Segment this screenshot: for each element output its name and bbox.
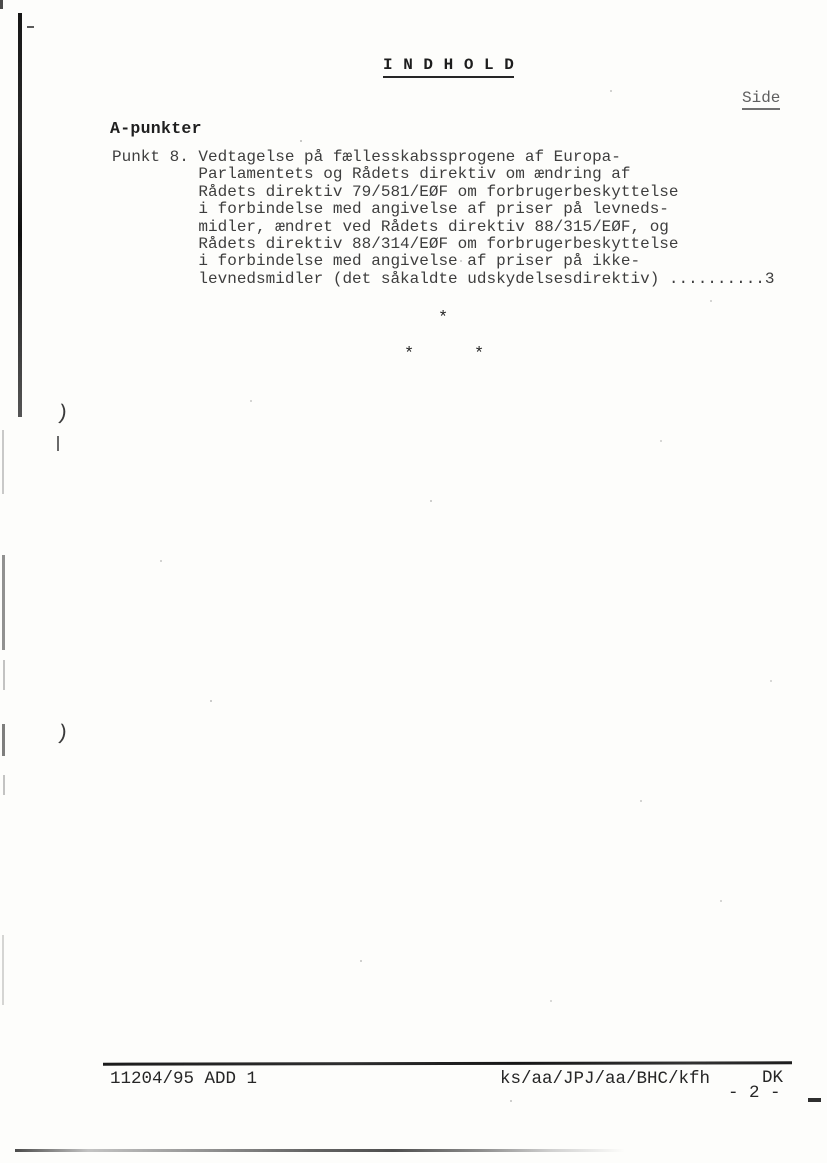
- footer-drafting-initials: ks/aa/JPJ/aa/BHC/kfh: [500, 1069, 710, 1089]
- scan-bottom-right-speck: [808, 1098, 821, 1102]
- scan-bottom-streak: [15, 1149, 625, 1152]
- scanned-document-page: I N D H O L D Side A-punkter Punkt 8. Ve…: [0, 0, 827, 1163]
- scan-margin-tick: [57, 436, 59, 451]
- section-heading-a-punkter: A-punkter: [110, 119, 202, 138]
- scan-binding-line: [18, 13, 22, 417]
- scan-edge-artifact: [3, 775, 5, 795]
- scan-corner-speck: [0, 0, 3, 9]
- scan-edge-artifact: [2, 935, 4, 1005]
- scan-edge-artifact: [2, 724, 5, 756]
- toc-entry-punkt-8: Punkt 8. Vedtagelse på fællesskabssproge…: [112, 149, 775, 288]
- margin-mark-parenthesis: ): [55, 723, 70, 746]
- scan-speck-dash: [27, 26, 34, 28]
- footer-page-number: - 2 -: [728, 1083, 781, 1103]
- scan-edge-artifact: [3, 660, 5, 690]
- footer-divider-rule: [103, 1061, 792, 1065]
- scan-edge-artifact: [2, 430, 4, 494]
- separator-star-left: *: [404, 345, 414, 364]
- scan-noise-dots: [300, 140, 302, 142]
- separator-star-right: *: [474, 345, 484, 364]
- separator-star-top: *: [438, 309, 448, 328]
- page-column-label-side: Side: [742, 89, 780, 110]
- document-title: I N D H O L D: [383, 56, 514, 78]
- scan-edge-artifact: [2, 555, 5, 650]
- margin-mark-parenthesis: ): [55, 403, 70, 426]
- footer-document-number: 11204/95 ADD 1: [110, 1069, 257, 1089]
